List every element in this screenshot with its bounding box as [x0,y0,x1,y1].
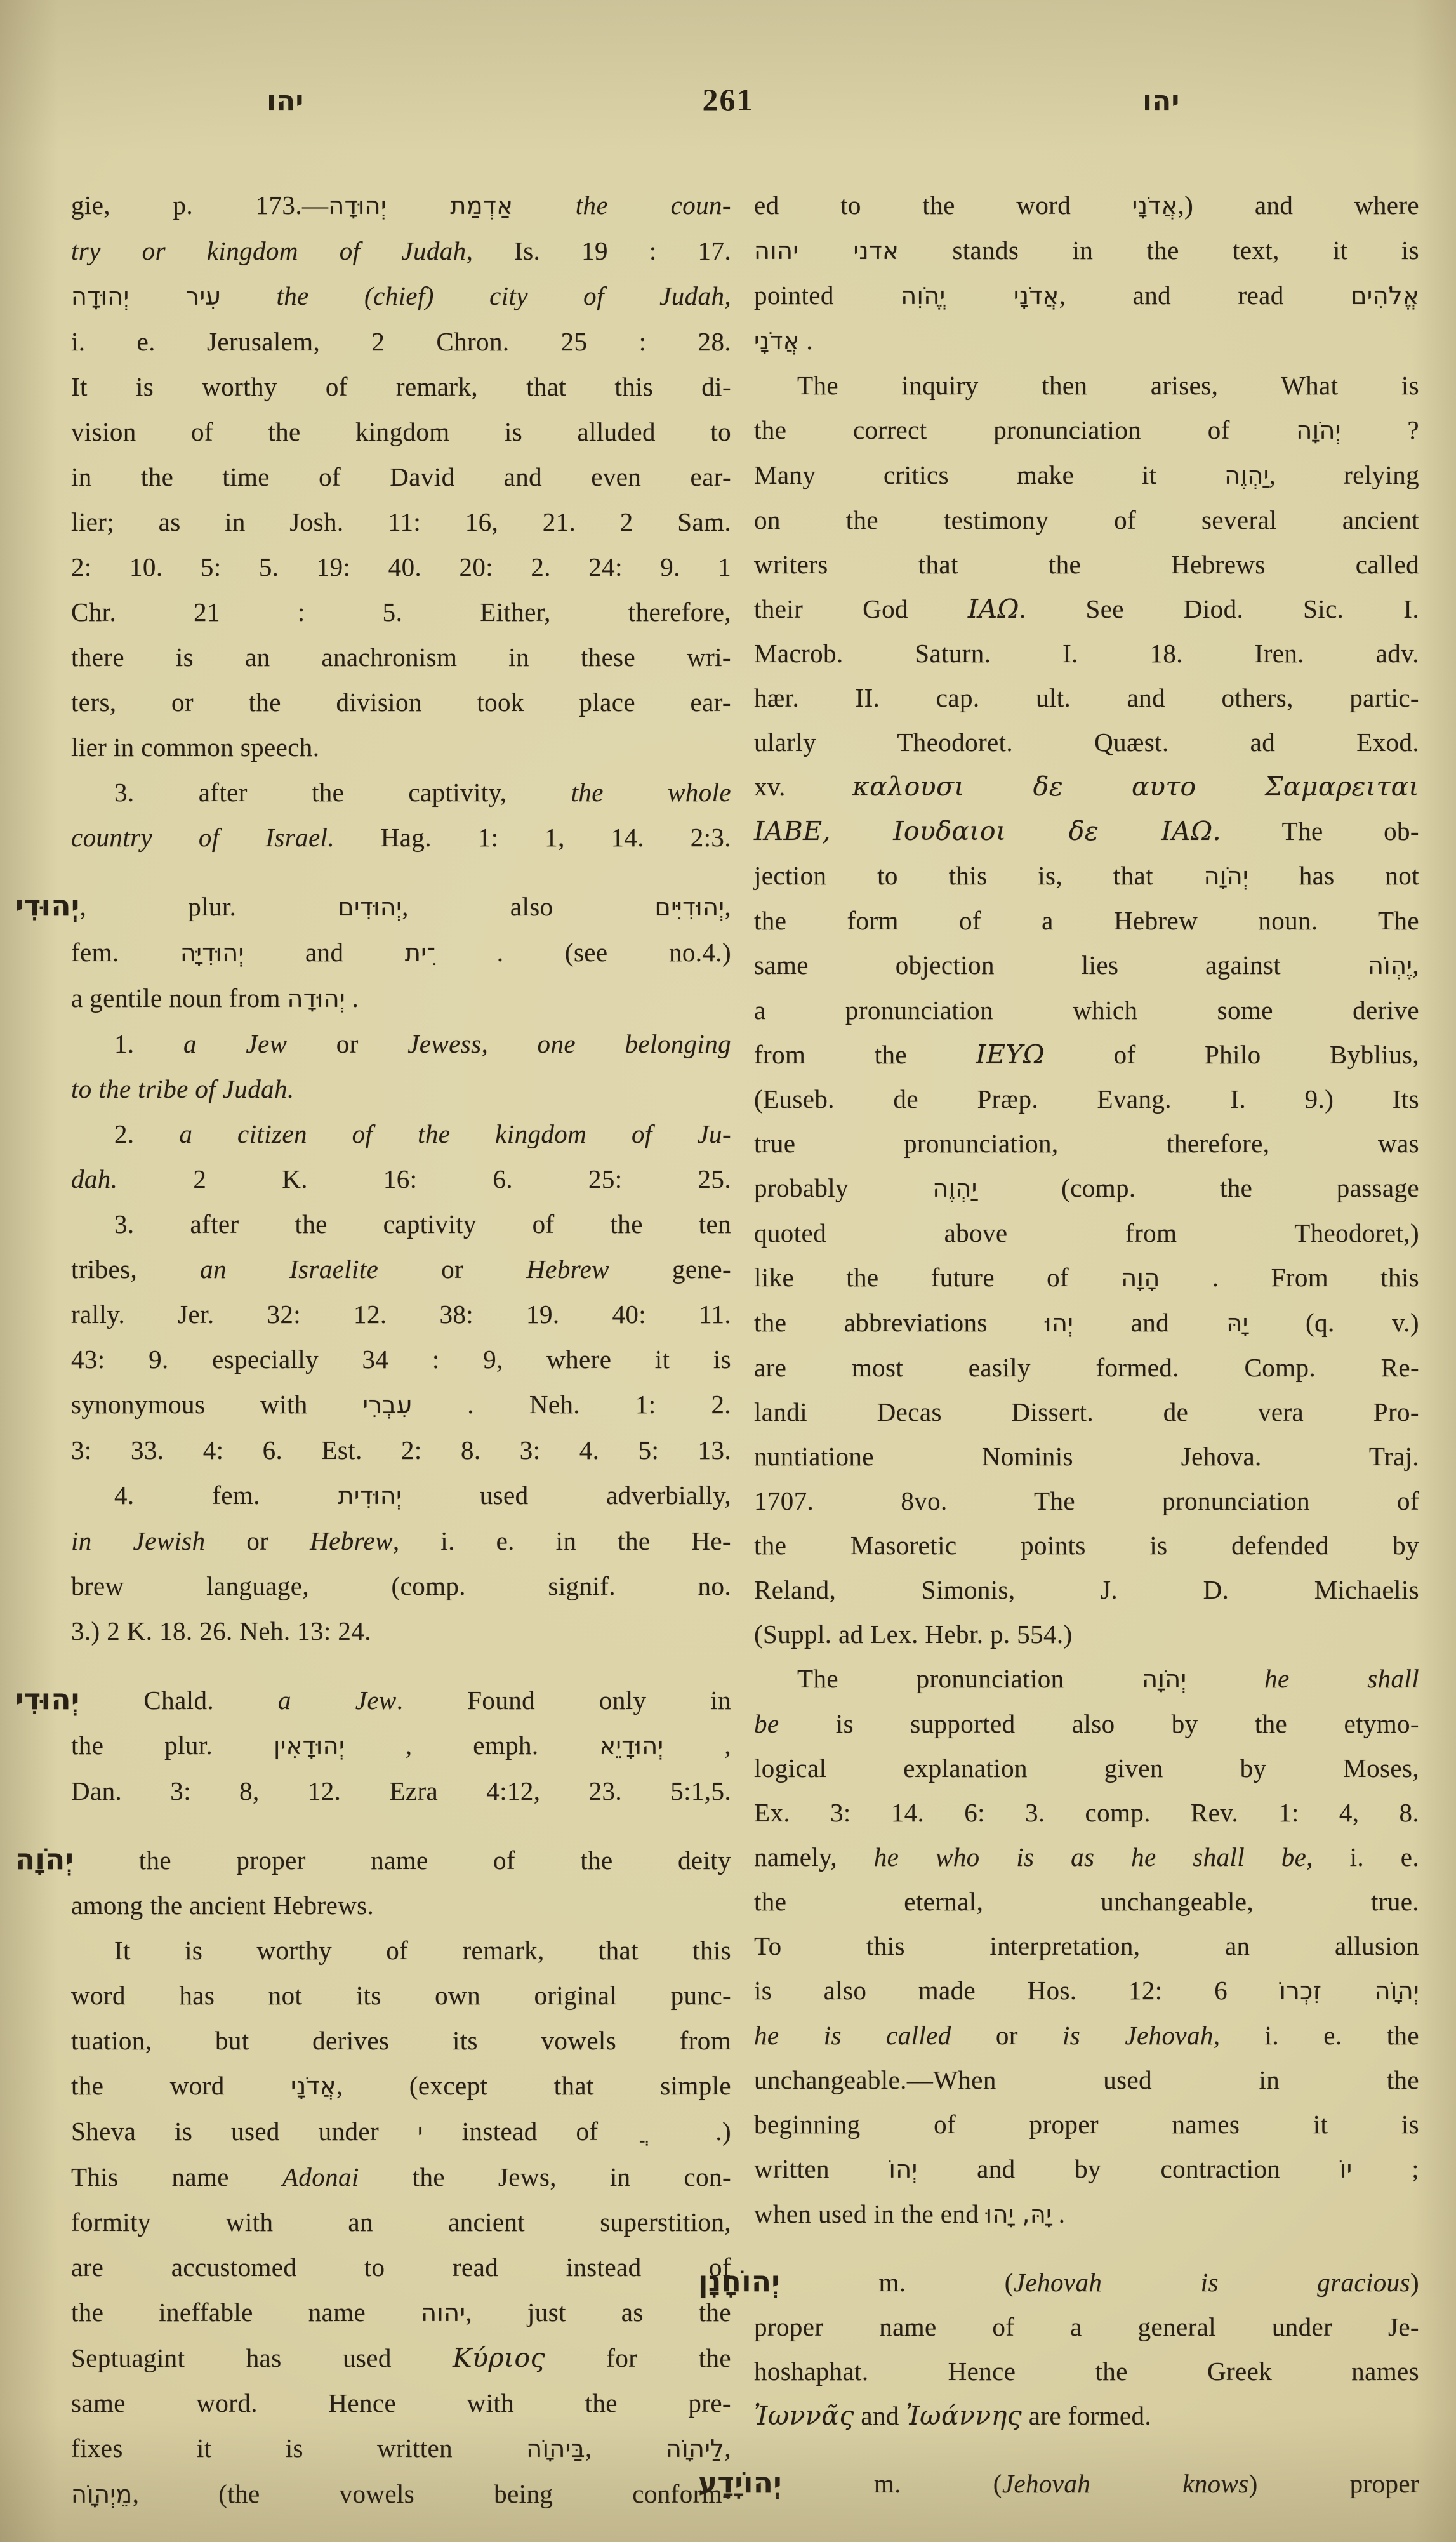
text-line: the correct pronunciation of יְהֹוָה ? [754,408,1419,453]
text-line: Dan. 3: 8, 12. Ezra 4:12, 23. 5:1,5. [71,1769,731,1814]
text-run: 3: 33. 4: 6. Est. 2: 8. 3: 4. 5: 13. [71,1435,731,1465]
text-line: 3. after the captivity of the ten [71,1202,731,1247]
text-run: he is called [754,2021,951,2050]
text-run: , [585,2433,666,2463]
hebrew-text: הָוָה [1121,1264,1160,1292]
text-line: Ἰωννᾶς and Ἰωάννης are formed. [754,2393,1419,2438]
hebrew-text: יְהוּדִית [338,1482,402,1510]
text-run: , i. e. the [1214,2021,1419,2050]
text-run: Chald. [80,1686,278,1715]
text-line: יְהוֹחָנָן m. (Jehovah is gracious) [698,2259,1419,2305]
hebrew-text: אֱלֹהִים [1351,282,1419,310]
text-run: landi Decas Dissert. de vera Pro- [754,1397,1419,1427]
text-run: xv. [754,772,852,801]
text-line: 3: 33. 4: 6. Est. 2: 8. 3: 4. 5: 13. [71,1428,731,1473]
text-run: 2: 10. 5: 5. 19: 40. 20: 2. 24: 9. 1 [71,552,731,582]
text-line: dah. 2 K. 16: 6. 25: 25. [71,1157,731,1202]
text-run: , (the vowels being conform- [133,2479,731,2508]
text-run: true pronunciation, therefore, was [754,1129,1419,1158]
hebrew-text: אֲדֹנָי [1132,192,1178,220]
text-run: (Euseb. de Præp. Evang. I. 9.) Its [754,1084,1419,1114]
text-run: the proper name of the deity [74,1846,731,1875]
text-run: Jewess, one belonging [407,1029,731,1058]
left-text-column: gie, p. 173.—אַדְמַת יְהוּדָה the coun-t… [71,183,731,2517]
text-run: , [724,2433,731,2463]
text-run: 2 K. 16: 6. 25: 25. [117,1164,731,1194]
text-run: a pronunciation which some derive [754,995,1419,1025]
text-line: from the ΙΕΥΩ of Philo Byblius, [754,1032,1419,1077]
text-line: word has not its own original punc- [71,1973,731,2018]
text-line: Ex. 3: 14. 6: 3. comp. Rev. 1: 4, 8. [754,1790,1419,1835]
text-line: true pronunciation, therefore, was [754,1121,1419,1166]
hebrew-headword: יְהוֹחָנָן [698,2265,780,2298]
text-line: logical explanation given by Moses, [754,1746,1419,1790]
text-run: the word [71,2071,291,2100]
text-line: lier; as in Josh. 11: 16, 21. 2 Sam. [71,500,731,545]
text-run: has not [1248,861,1419,890]
hebrew-text: עִיר יְהוּדָה [71,283,221,310]
text-run: beginning of proper names it is [754,2110,1419,2139]
text-line: on the testimony of several ancient [754,498,1419,542]
text-line: tuation, but derives its vowels from [71,2018,731,2063]
text-run: dah. [71,1164,117,1194]
text-line: 1707. 8vo. The pronunciation of [754,1479,1419,1523]
text-run: m. ( [782,2469,1002,2498]
hebrew-headword: יְהוּדִי [15,889,80,922]
text-run: , relying [1269,460,1419,489]
text-run: stands in the text, it is [899,236,1419,265]
text-run: namely, [754,1842,874,1872]
text-run: 1. [114,1029,183,1058]
text-line: in the time of David and even ear- [71,455,731,500]
text-run: rally. Jer. 32: 12. 38: 19. 40: 11. [71,1300,731,1329]
text-line: writers that the Hebrews called [754,542,1419,587]
text-run: a Jew [278,1686,397,1715]
text-run: are accustomed to read instead of [71,2253,731,2282]
text-line: the word אֲדֹנָי, (except that simple [71,2063,731,2109]
text-run: , i. e. [1306,1842,1419,1872]
text-run: , and read [1059,281,1351,310]
text-line: jection to this is, that יְהֹוָה has not [754,853,1419,898]
text-line: Septuagint has used Κύριος for the [71,2336,731,2381]
text-line: try or kingdom of Judah, Is. 19 : 17. [71,229,731,274]
text-line: the Masoretic points is defended by [754,1523,1419,1567]
text-line: The pronunciation יְהֹוָה he shall [754,1656,1419,1701]
text-run: a citizen of the kingdom of Ju- [179,1119,731,1148]
text-line: are most easily formed. Comp. Re- [754,1345,1419,1390]
text-run: lier in common speech. [71,733,319,762]
text-line: It is worthy of remark, that this di- [71,364,731,409]
hebrew-text: יְהוּדִים [338,893,402,921]
text-run: used adverbially, [402,1481,731,1510]
greek-text: ΙΑΒΕ, Ιουδαιοι δε ΙΑΩ. [754,816,1221,846]
text-run: he who is as he shall be [874,1842,1306,1872]
hebrew-headword: יְהוּדִי [15,1682,80,1716]
hebrew-text: עִבְרִי [363,1391,413,1419]
text-run: . See Diod. Sic. I. [1019,594,1419,623]
text-line: xv. καλουσι δε αυτο Σαμαρειται [754,764,1419,809]
right-text-column: ed to the word אֲדֹנָי,) and whereאדני י… [754,183,1419,2506]
text-run: Jehovah knows [1002,2469,1249,2498]
text-run: brew language, (comp. signif. no. [71,1571,731,1600]
text-line: like the future of הָוָה . From this [754,1255,1419,1300]
text-run: word has not its own original punc- [71,1981,731,2010]
hebrew-text: ֲ [637,2118,677,2146]
text-line: in Jewish or Hebrew, i. e. in the He- [71,1519,731,1564]
book-page: יהו 261 יהו gie, p. 173.—אַדְמַת יְהוּדָ… [0,0,1456,2542]
text-run: . (see no.4.) [435,938,731,967]
text-line: (Euseb. de Præp. Evang. I. 9.) Its [754,1077,1419,1121]
text-run: the form of a Hebrew noun. The [754,906,1419,935]
text-run: Hebrew [526,1254,609,1284]
text-run: the Jews, in con- [359,2162,731,2192]
text-run: , emph. [345,1731,600,1760]
text-line: gie, p. 173.—אַדְמַת יְהוּדָה the coun- [71,183,731,229]
hebrew-text: מֵיְהוָֹה [71,2480,133,2508]
text-run: in the time of David and even ear- [71,462,731,491]
text-line: the eternal, unchangeable, true. [754,1879,1419,1924]
text-run: an Israelite [200,1254,378,1284]
text-run: in Jewish [71,1526,206,1555]
greek-text: ΙΕΥΩ [976,1039,1045,1070]
text-line: 2. a citizen of the kingdom of Ju- [71,1112,731,1157]
text-line: יְהוֹיָדָע m. (Jehovah knows) proper [698,2461,1419,2506]
text-line: hær. II. cap. ult. and others, partic- [754,675,1419,720]
text-run: their God [754,594,968,623]
text-run: the plur. [71,1731,274,1760]
text-run: or [378,1254,526,1284]
text-line: fem. יְהוּדִיָּה and ־ִית . (see no.4.) [71,930,731,976]
text-run: lier; as in Josh. 11: 16, 21. 2 Sam. [71,507,731,536]
text-line: hoshaphat. Hence the Greek names [754,2349,1419,2393]
text-line: It is worthy of remark, that this [71,1928,731,1973]
text-run: The inquiry then arises, What is [797,371,1419,400]
text-run: or [951,2021,1062,2050]
text-run: ; [1353,2154,1419,2183]
text-line: יְהוּדִי, plur. יְהוּדִים, also יְהוּדִי… [15,883,731,930]
text-run: , i. e. in the He- [393,1526,731,1555]
text-line: 2: 10. 5: 5. 19: 40. 20: 2. 24: 9. 1 [71,545,731,590]
text-run: a gentile noun from [71,983,287,1013]
text-run: hær. II. cap. ult. and others, partic- [754,683,1419,712]
text-line: the ineffable name יהוה, just as the [71,2290,731,2336]
text-run: a Jew [183,1029,287,1058]
text-line: same objection lies against יֶהְוֹה, [754,943,1419,988]
text-line: a gentile noun from יְהוּדָה . [71,976,731,1021]
hebrew-text: אַדְמַת יְהוּדָה [328,192,513,220]
text-line: written יְהוֹ and by contraction יוֹ ; [754,2146,1419,2192]
hebrew-text: יַהְוֶה [1224,462,1269,489]
hebrew-text: יְהוֹ [889,2155,918,2183]
text-line: Many critics make it יַהְוֶה, relying [754,453,1419,498]
hebrew-text: יְהוּדִיִּים [655,893,725,921]
text-line: a pronunciation which some derive [754,988,1419,1032]
text-line: namely, he who is as he shall be, i. e. [754,1835,1419,1879]
hebrew-text: יוֹ [1340,2155,1353,2183]
running-header: יהו 261 יהו [0,81,1456,132]
text-run: 1707. 8vo. The pronunciation of [754,1486,1419,1515]
text-run: (comp. the passage [977,1173,1419,1202]
text-run: Septuagint has used [71,2343,453,2372]
hebrew-text: אֲדֹנָי [291,2072,336,2100]
text-line: the form of a Hebrew noun. The [754,898,1419,943]
hebrew-text: יָהּ [1226,1309,1248,1337]
hebrew-text: יְהֹוָה [1296,416,1340,444]
text-run: on the testimony of several ancient [754,505,1419,535]
text-run: , just as the [465,2298,731,2327]
greek-text: Κύριος [453,2343,545,2373]
text-run: hoshaphat. Hence the Greek names [754,2357,1419,2386]
text-run: 3. after the captivity of the ten [114,1209,731,1239]
text-line: formity with an ancient superstition, [71,2200,731,2245]
text-run: logical explanation given by Moses, [754,1753,1419,1783]
text-run: 4. fem. [114,1481,338,1510]
text-line: The inquiry then arises, What is [754,363,1419,408]
hebrew-text: אֲדֹנָי [754,327,800,355]
text-run: there is an anachronism in these wri- [71,642,731,672]
text-line: ed to the word אֲדֹנָי,) and where [754,183,1419,228]
greek-text: καλουσι δε αυτο Σαμαρειται [852,771,1419,802]
text-run: is supported also by the etymo- [779,1709,1420,1738]
greek-text: Ἰωννᾶς [754,2400,854,2431]
text-line: nuntiatione Nominis Jehova. Traj. [754,1434,1419,1479]
text-run: unchangeable.—When used in the [754,2065,1419,2094]
text-run: proper name of a general under Je- [754,2312,1419,2341]
hebrew-text: יהוה [421,2299,465,2327]
hebrew-text: יְהוּדִיָּה [180,939,244,967]
text-run: ters, or the division took place ear- [71,688,731,717]
text-run: Ex. 3: 14. 6: 3. comp. Rev. 1: 4, 8. [754,1798,1419,1827]
text-run: ? [1341,415,1419,444]
text-line: יְהוּדִי Chald. a Jew. Found only in [15,1677,731,1723]
text-line: he is called or is Jehovah, i. e. the [754,2013,1419,2058]
text-run: Sheva is used under [71,2117,418,2146]
text-run: i. e. Jerusalem, 2 Chron. 25 : 28. [71,327,731,356]
text-line: This name Adonai the Jews, in con- [71,2155,731,2200]
text-run: (q. v.) [1248,1308,1419,1337]
text-line: synonymous with עִבְרִי . Neh. 1: 2. [71,1382,731,1428]
text-line: unchangeable.—When used in the [754,2058,1419,2102]
text-run: , [663,1731,731,1760]
text-run: be [754,1709,779,1738]
text-run: from the [754,1040,976,1069]
text-line: Reland, Simonis, J. D. Michaelis [754,1567,1419,1612]
text-run: nuntiatione Nominis Jehova. Traj. [754,1442,1419,1471]
hebrew-text: יְהוּדָיֵא [599,1732,663,1760]
text-run: , [1412,950,1419,980]
text-line: probably יַהְוֶה (comp. the passage [754,1166,1419,1211]
text-run: like the future of [754,1263,1121,1292]
text-run: It is worthy of remark, that this [114,1936,731,1965]
text-run: for the [545,2343,731,2372]
hebrew-text: י [418,2118,423,2146]
text-run: . Found only in [397,1686,731,1715]
text-line: To this interpretation, an allusion [754,1924,1419,1968]
text-run: Chr. 21 : 5. Either, therefore, [71,597,731,627]
hebrew-text: לַיהוָֹה [666,2435,724,2463]
text-run: are formed. [1022,2401,1151,2430]
text-run: 43: 9. especially 34 : 9, where it is [71,1345,731,1374]
text-run: Is. 19 : 17. [473,236,731,265]
text-run: and [1073,1308,1226,1337]
hebrew-text: אדני יהוה [754,237,899,265]
running-header-hebrew-right: יהו [1142,85,1179,117]
text-run: and [854,2401,906,2430]
text-run: (Suppl. ad Lex. Hebr. p. 554.) [754,1620,1073,1649]
text-run: . [800,326,813,355]
text-run: fixes it is written [71,2433,526,2463]
text-run: to the tribe of Judah. [71,1074,295,1103]
text-run: 3. after the captivity, [114,778,571,807]
text-line: vision of the kingdom is alluded to [71,409,731,455]
text-line: country of Israel. Hag. 1: 1, 14. 2:3. [71,815,731,860]
text-line: there is an anachronism in these wri- [71,635,731,680]
hebrew-text: יַהְוֶה [932,1175,977,1202]
text-line: are accustomed to read instead of [71,2245,731,2290]
hebrew-text: ־ִית [405,939,436,967]
text-run: the correct pronunciation of [754,415,1296,444]
text-run: instead of [423,2117,637,2146]
text-run: Jehovah is gracious [1014,2268,1410,2297]
text-run: , also [402,892,654,921]
hebrew-text: יְהֹוָה [1204,862,1248,890]
text-line: pointed אֲדֹנָי יֱהֹוִה, and read אֱלֹהִ… [754,273,1419,318]
text-line: 3. after the captivity, the whole [71,770,731,815]
text-run: and [244,938,405,967]
text-line: tribes, an Israelite or Hebrew gene- [71,1247,731,1292]
text-run: , (except that simple [336,2071,731,2100]
text-line: to the tribe of Judah. [71,1067,731,1112]
text-run: is also made Hos. 12: 6 [754,1976,1279,2005]
hebrew-text: יְהֹוָה [1142,1665,1186,1693]
text-run: or [287,1029,407,1058]
text-run: . [345,983,359,1013]
text-run: 3.) 2 K. 18. 26. Neh. 13: 24. [71,1616,371,1646]
text-run: the coun- [513,190,731,220]
text-run: is Jehovah [1062,2021,1214,2050]
text-run: This name [71,2162,282,2192]
text-run: jection to this is, that [754,861,1204,890]
text-run: the eternal, unchangeable, true. [754,1887,1419,1916]
text-run: same objection lies against [754,950,1368,980]
text-run: and by contraction [918,2154,1340,2183]
text-run: of Philo Byblius, [1045,1040,1419,1069]
text-line: ters, or the division took place ear- [71,680,731,725]
text-run: ,) and where [1178,190,1420,220]
text-run: ) proper [1249,2469,1419,2498]
text-run: ed to the word [754,190,1132,220]
text-line: proper name of a general under Je- [754,2305,1419,2349]
text-run: Hag. 1: 1, 14. 2:3. [334,823,731,852]
text-line: אֲדֹנָי . [754,318,1419,363]
hebrew-text: יָהּ, יָהוּ [986,2200,1052,2228]
text-line: fixes it is written בַּיהוָֹה, לַיהוָֹה, [71,2426,731,2472]
text-run: gie, p. 173.— [71,190,328,220]
text-line: יְהֹוָה the proper name of the deity [15,1837,731,1883]
text-line: is also made Hos. 12: 6 יְהוָֹה זִכְרוֹ [754,1968,1419,2013]
text-line: rally. Jer. 32: 12. 38: 19. 40: 11. [71,1292,731,1337]
text-run: are most easily formed. Comp. Re- [754,1353,1419,1382]
text-run: ularly Theodoret. Quæst. ad Exod. [754,728,1419,757]
hebrew-text: יְהוּ [1045,1309,1073,1337]
greek-text: ΙΑΩ [968,594,1019,624]
text-run: fem. [71,938,180,967]
text-line: Macrob. Saturn. I. 18. Iren. adv. [754,631,1419,675]
text-line: 1. a Jew or Jewess, one belonging [71,1021,731,1067]
text-run: the abbreviations [754,1308,1045,1337]
text-run: It is worthy of remark, that this di- [71,372,731,401]
text-run: the (chief) city of Judah, [221,281,731,310]
text-line: 43: 9. especially 34 : 9, where it is [71,1337,731,1382]
text-run: or [206,1526,310,1555]
text-run: try or kingdom of Judah, [71,236,473,265]
text-run: . Neh. 1: 2. [412,1390,731,1419]
text-run: quoted above from Theodoret,) [754,1218,1419,1248]
hebrew-text: יֶהְוֹה [1368,952,1412,980]
text-run: among the ancient Hebrews. [71,1891,374,1920]
text-line: quoted above from Theodoret,) [754,1211,1419,1255]
text-run: pointed [754,281,901,310]
text-line: brew language, (comp. signif. no. [71,1564,731,1609]
text-run: Hebrew [310,1526,393,1555]
text-run: The pronunciation [797,1664,1142,1693]
text-run: To this interpretation, an allusion [754,1931,1419,1960]
text-run: tuation, but derives its vowels from [71,2026,731,2055]
text-run: he shall [1186,1664,1419,1693]
text-line: same word. Hence with the pre- [71,2381,731,2426]
hebrew-headword: יְהוֹיָדָע [698,2466,782,2499]
text-run: . [1052,2199,1065,2228]
text-run: probably [754,1173,932,1202]
text-run: synonymous with [71,1390,363,1419]
text-line: ΙΑΒΕ, Ιουδαιοι δε ΙΑΩ. The ob- [754,809,1419,853]
text-line: when used in the end יָהּ, יָהוּ . [754,2192,1419,2237]
text-line: i. e. Jerusalem, 2 Chron. 25 : 28. [71,319,731,364]
text-line: אדני יהוה stands in the text, it is [754,228,1419,273]
text-run: . From this [1160,1263,1419,1292]
text-run: , plur. [80,892,338,921]
text-line: 3.) 2 K. 18. 26. Neh. 13: 24. [71,1609,731,1654]
text-line: the plur. יְהוּדָאִין , emph. יְהוּדָיֵא… [71,1723,731,1769]
text-run: Reland, Simonis, J. D. Michaelis [754,1575,1419,1604]
text-run: 2. [114,1119,179,1148]
text-run: writers that the Hebrews called [754,550,1419,579]
text-run: Dan. 3: 8, 12. Ezra 4:12, 23. 5:1,5. [71,1776,731,1806]
text-run: the ineffable name [71,2298,421,2327]
text-line: be is supported also by the etymo- [754,1701,1419,1746]
text-run: , [724,892,731,921]
text-run: the Masoretic points is defended by [754,1531,1419,1560]
text-run: tribes, [71,1254,200,1284]
text-line: (Suppl. ad Lex. Hebr. p. 554.) [754,1612,1419,1656]
text-line: עִיר יְהוּדָה the (chief) city of Judah, [71,274,731,319]
hebrew-text: יְהוָֹה זִכְרוֹ [1279,1977,1419,2005]
greek-text: Ἰωάννης [906,2400,1022,2431]
page-number: 261 [0,81,1456,118]
hebrew-text: יְהוּדָאִין [274,1732,345,1760]
text-line: Chr. 21 : 5. Either, therefore, [71,590,731,635]
text-run: vision of the kingdom is alluded to [71,417,731,446]
text-line: landi Decas Dissert. de vera Pro- [754,1390,1419,1434]
text-line: lier in common speech. [71,725,731,770]
text-run: ) [1410,2268,1419,2297]
text-run: country of Israel. [71,823,334,852]
text-run: Adonai [282,2162,359,2192]
text-line: their God ΙΑΩ. See Diod. Sic. I. [754,587,1419,631]
text-line: 4. fem. יְהוּדִית used adverbially, [71,1473,731,1519]
text-run: The ob- [1221,816,1419,846]
text-run: Many critics make it [754,460,1224,489]
